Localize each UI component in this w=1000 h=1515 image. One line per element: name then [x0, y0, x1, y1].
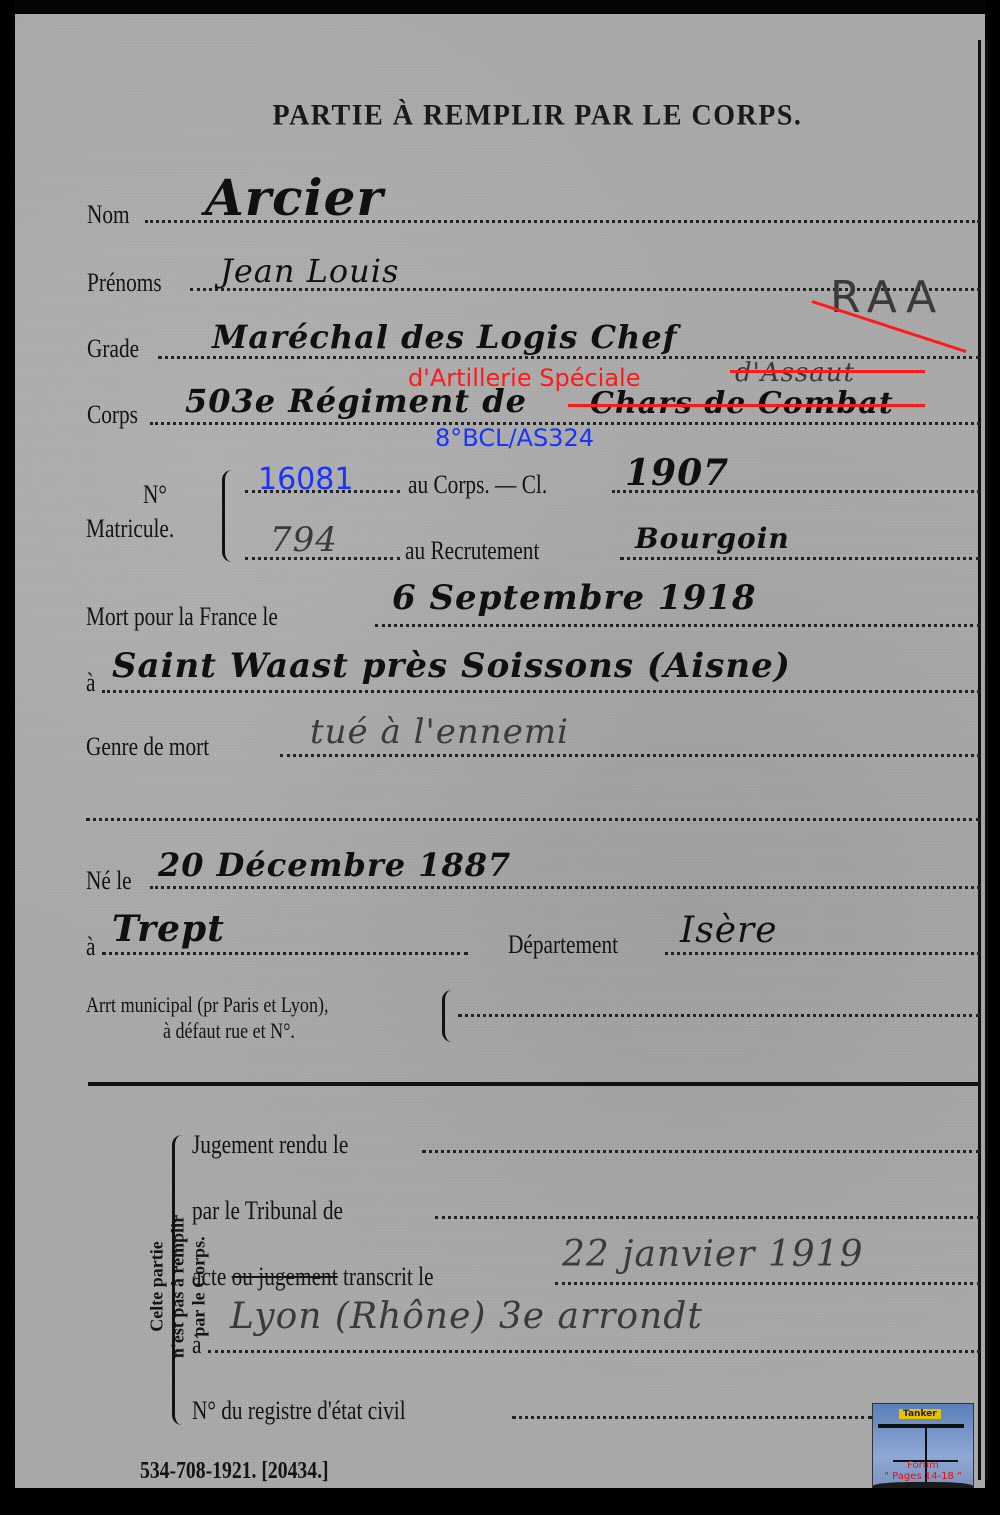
- matricule-brace: [222, 470, 237, 562]
- scan-bottom-border: [0, 1488, 1000, 1515]
- au-corps-label: au Corps. — Cl.: [408, 470, 547, 500]
- transcrit-label: acte ou jugement transcrit le: [192, 1262, 434, 1292]
- forum-logo: Tanker Forum " Pages 14-18 ": [872, 1403, 974, 1493]
- logo-badge: Tanker: [899, 1409, 941, 1419]
- prenoms-label: Prénoms: [87, 268, 162, 298]
- grade-value: Maréchal des Logis Chef: [212, 318, 677, 356]
- mort-label: Mort pour la France le: [86, 602, 278, 632]
- matricule-corps-value: 16081: [258, 462, 353, 497]
- lieu-deces-value: Saint Waast près Soissons (Aisne): [112, 646, 791, 686]
- jugement-label: Jugement rendu le: [192, 1130, 348, 1160]
- corps-value: 503e Régiment de: [185, 382, 527, 420]
- classe-value: 1907: [625, 452, 729, 494]
- nom-value: Arcier: [205, 168, 384, 227]
- tribunal-line: [435, 1216, 980, 1219]
- transcrit-struck: ou jugement: [232, 1262, 338, 1291]
- ne-le-label: Né le: [86, 866, 132, 896]
- struck-value-line2: d'Assaut: [735, 358, 855, 388]
- prenoms-value: Jean Louis: [220, 252, 399, 290]
- lieu-deces-line: [102, 690, 980, 693]
- tribunal-label: par le Tribunal de: [192, 1196, 343, 1226]
- logo-caption-line2: " Pages 14-18 ": [873, 1471, 973, 1482]
- footer-code: 534-708-1921. [20434.]: [140, 1458, 329, 1485]
- side-note-line1: Celte partie: [147, 1147, 168, 1427]
- blue-unit-annotation: 8°BCL/AS324: [435, 424, 594, 452]
- lower-section-brace: [172, 1135, 189, 1425]
- page-title: PARTIE À REMPLIR PAR LE CORPS.: [0, 99, 1000, 133]
- registre-line: [512, 1416, 872, 1419]
- matricule-label: Matricule.: [86, 514, 174, 544]
- grade-label: Grade: [87, 334, 139, 364]
- section-divider: [88, 1082, 978, 1086]
- transcrit-line: [555, 1282, 980, 1285]
- weathervane-bar: [878, 1424, 964, 1428]
- recrutement-number: 794: [270, 520, 338, 560]
- red-strike-line: [568, 404, 925, 407]
- recrutement-line: [620, 557, 980, 560]
- departement-line: [665, 952, 980, 955]
- matricule-label-no: N°: [143, 480, 167, 510]
- au-recrutement-label: au Recrutement: [405, 536, 539, 566]
- departement-label: Département: [508, 930, 618, 960]
- red-strike-line: [730, 370, 925, 373]
- ne-le-line: [150, 886, 980, 889]
- genre-mort-line: [280, 754, 980, 757]
- page-edge-rule: [978, 40, 981, 1480]
- nom-label: Nom: [87, 200, 130, 230]
- lieu-deces-label: à: [86, 668, 95, 698]
- struck-margin-note: RAA: [830, 272, 944, 323]
- jugement-line: [422, 1150, 980, 1153]
- transcrit-value: 22 janvier 1919: [562, 1234, 864, 1275]
- scan-top-border: [15, 0, 985, 15]
- transcrit-prefix: acte: [192, 1262, 226, 1291]
- departement-value: Isère: [680, 910, 778, 951]
- lieu-transcription-label: à: [192, 1330, 201, 1360]
- arrondissement-label-line2: à défaut rue et N°.: [163, 1018, 295, 1044]
- transcrit-suffix: transcrit le: [343, 1262, 434, 1291]
- arrondissement-label-line1: Arrt municipal (pr Paris et Lyon),: [86, 992, 328, 1018]
- arrondissement-brace: [442, 990, 453, 1042]
- mort-line: [375, 624, 980, 627]
- arrondissement-line: [458, 1014, 980, 1017]
- page-edge-rule: [985, 40, 988, 1480]
- recrutement-value: Bourgoin: [635, 522, 790, 555]
- genre-mort-value: tué à l'ennemi: [310, 712, 569, 752]
- corps-label: Corps: [87, 400, 138, 430]
- blank-line: [86, 818, 980, 821]
- logo-caption-line1: Forum: [873, 1460, 973, 1471]
- ne-le-value: 20 Décembre 1887: [158, 846, 511, 884]
- genre-mort-label: Genre de mort: [86, 732, 209, 762]
- registre-label: N° du registre d'état civil: [192, 1396, 406, 1426]
- grade-line: [158, 356, 980, 359]
- lieu-transcription-value: Lyon (Rhône) 3e arrondt: [230, 1296, 703, 1337]
- logo-caption: Forum " Pages 14-18 ": [873, 1460, 973, 1482]
- lieu-transcription-line: [208, 1350, 980, 1353]
- lieu-naissance-label: à: [86, 932, 95, 962]
- mort-value: 6 Septembre 1918: [392, 578, 757, 618]
- lieu-naissance-line: [102, 952, 468, 955]
- lieu-naissance-value: Trept: [112, 908, 225, 950]
